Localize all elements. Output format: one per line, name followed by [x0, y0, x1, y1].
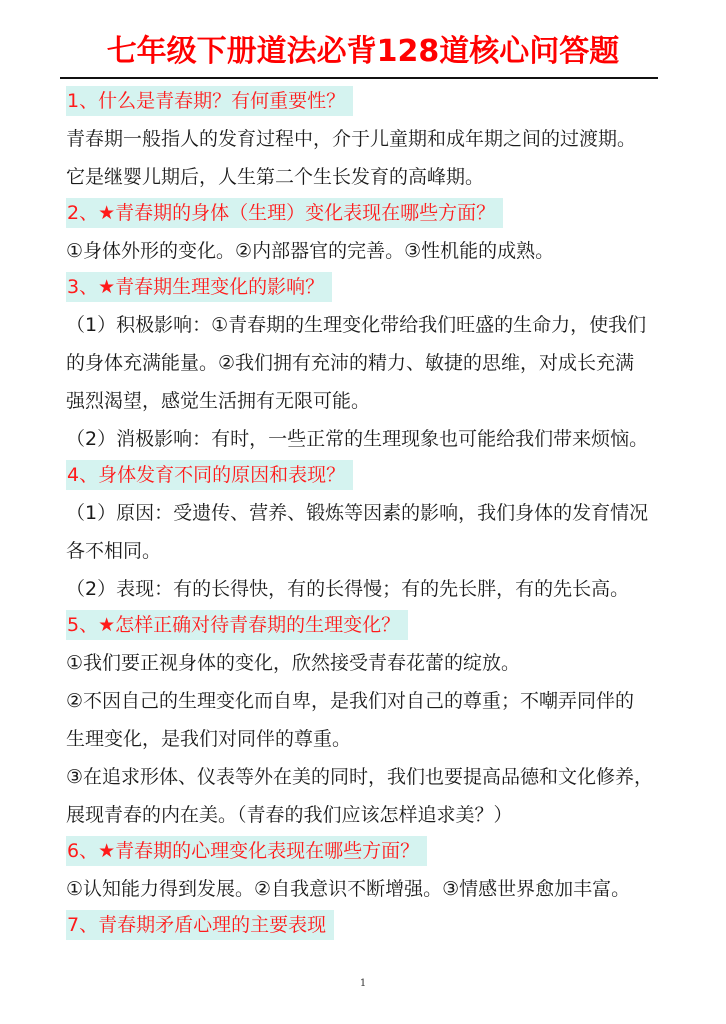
- question-heading: 1、什么是青春期？有何重要性？: [66, 86, 353, 116]
- answer-line: 的身体充满能量。②我们拥有充沛的精力、敏捷的思维，对成长充满: [66, 344, 666, 382]
- title-divider: [60, 77, 658, 79]
- qa-section-7: 7、青春期矛盾心理的主要表现: [66, 908, 666, 944]
- answer-line: 各不相同。: [66, 532, 666, 570]
- answer-line: 展现青春的内在美。（青春的我们应该怎样追求美？）: [66, 796, 666, 834]
- qa-section-6: 6、★青春期的心理变化表现在哪些方面？ ①认知能力得到发展。②自我意识不断增强。…: [66, 834, 666, 908]
- answer-line: （2）消极影响：有时，一些正常的生理现象也可能给我们带来烦恼。: [66, 420, 666, 458]
- question-heading: 5、★怎样正确对待青春期的生理变化？: [66, 610, 408, 640]
- answer-line: ③在追求形体、仪表等外在美的同时，我们也要提高品德和文化修养，: [66, 758, 666, 796]
- qa-section-4: 4、身体发育不同的原因和表现？ （1）原因：受遗传、营养、锻炼等因素的影响，我们…: [66, 458, 666, 608]
- qa-section-2: 2、★青春期的身体（生理）变化表现在哪些方面？ ①身体外形的变化。②内部器官的完…: [66, 196, 666, 270]
- qa-section-5: 5、★怎样正确对待青春期的生理变化？ ①我们要正视身体的变化，欣然接受青春花蕾的…: [66, 608, 666, 834]
- question-heading: 2、★青春期的身体（生理）变化表现在哪些方面？: [66, 198, 503, 228]
- answer-line: ①我们要正视身体的变化，欣然接受青春花蕾的绽放。: [66, 644, 666, 682]
- answer-line: 它是继婴儿期后，人生第二个生长发育的高峰期。: [66, 158, 666, 196]
- answer-line: ①认知能力得到发展。②自我意识不断增强。③情感世界愈加丰富。: [66, 870, 666, 908]
- question-heading: 7、青春期矛盾心理的主要表现: [66, 910, 334, 940]
- qa-section-1: 1、什么是青春期？有何重要性？ 青春期一般指人的发育过程中，介于儿童期和成年期之…: [66, 84, 666, 196]
- answer-line: 青春期一般指人的发育过程中，介于儿童期和成年期之间的过渡期。: [66, 120, 666, 158]
- answer-line: ①身体外形的变化。②内部器官的完善。③性机能的成熟。: [66, 232, 666, 270]
- question-heading: 3、★青春期生理变化的影响？: [66, 272, 332, 302]
- qa-content: 1、什么是青春期？有何重要性？ 青春期一般指人的发育过程中，介于儿童期和成年期之…: [66, 84, 666, 944]
- answer-line: （2）表现：有的长得快，有的长得慢；有的先长胖，有的先长高。: [66, 570, 666, 608]
- answer-line: 强烈渴望，感觉生活拥有无限可能。: [66, 382, 666, 420]
- question-heading: 4、身体发育不同的原因和表现？: [66, 460, 353, 490]
- answer-line: ②不因自己的生理变化而自卑，是我们对自己的尊重；不嘲弄同伴的: [66, 682, 666, 720]
- page-number: 1: [0, 978, 726, 989]
- question-heading: 6、★青春期的心理变化表现在哪些方面？: [66, 836, 427, 866]
- answer-line: （1）原因：受遗传、营养、锻炼等因素的影响，我们身体的发育情况: [66, 494, 666, 532]
- document-title: 七年级下册道法必背128道核心问答题: [0, 32, 726, 72]
- answer-line: 生理变化，是我们对同伴的尊重。: [66, 720, 666, 758]
- qa-section-3: 3、★青春期生理变化的影响？ （1）积极影响：①青春期的生理变化带给我们旺盛的生…: [66, 270, 666, 458]
- answer-line: （1）积极影响：①青春期的生理变化带给我们旺盛的生命力，使我们: [66, 306, 666, 344]
